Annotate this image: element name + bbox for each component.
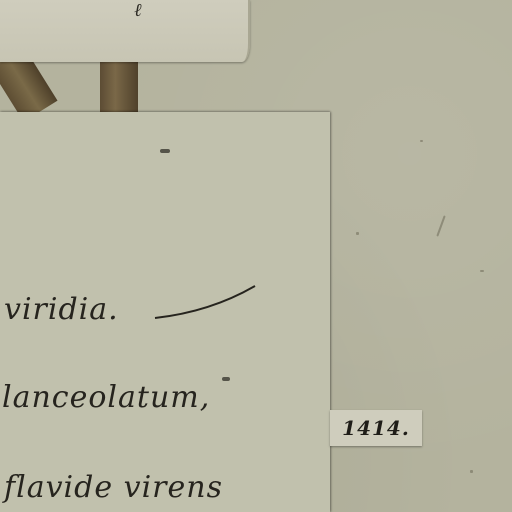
paper-fleck (420, 140, 423, 142)
mounting-strap: ℓ (0, 0, 250, 62)
paper-fleck (436, 215, 445, 236)
herbarium-mount-sheet: ℓ viridia. lanceolatum, flavide virens 1… (0, 0, 512, 512)
paper-fleck (356, 232, 359, 235)
specimen-label: viridia. lanceolatum, flavide virens (0, 112, 330, 512)
label-line-1: viridia. (4, 292, 119, 327)
strap-ink-mark: ℓ (134, 0, 148, 60)
ink-spot (222, 377, 230, 381)
paper-fleck (470, 470, 473, 473)
underline-swash (150, 282, 260, 322)
label-line-3: flavide virens (4, 470, 223, 505)
specimen-number: 1414. (342, 416, 410, 440)
ink-spot (160, 149, 170, 153)
paper-fleck (480, 270, 484, 272)
label-line-2: lanceolatum, (2, 380, 210, 415)
specimen-number-tag: 1414. (330, 410, 422, 446)
